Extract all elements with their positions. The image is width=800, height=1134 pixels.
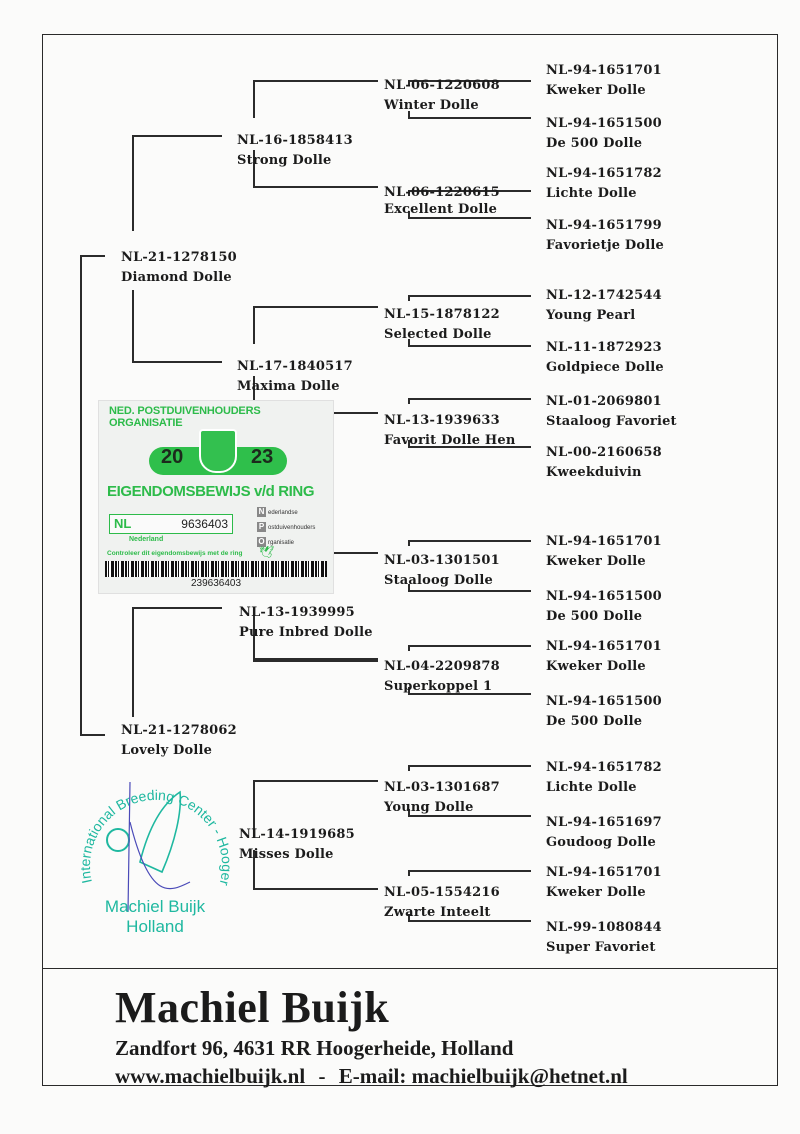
gen4-node: NL-99-1080844Super Favoriet [546,918,662,958]
connector-line [408,398,410,404]
connector-line [80,734,105,736]
gen4-node: NL-94-1651701Kweker Dolle [546,863,662,903]
npo-text: ederlandse [268,510,298,516]
ring-number: NL-94-1651701 [546,637,662,657]
breeding-center-stamp: International Breeding Center - Hoogerhe… [70,762,240,946]
ring-number: NL-03-1301687 [384,778,500,798]
ring-number: NL-94-1651701 [546,532,662,552]
ring-number: NL-04-2209878 [384,657,500,677]
website-link[interactable]: www.machielbuijk.nl [115,1064,305,1088]
card-ring-number: 9636403 [181,517,228,531]
connector-line [253,186,378,188]
card-check-text: Controleer dit eigendomsbewijs met de ri… [107,550,242,557]
gen4-node: NL-11-1872923Goldpiece Dolle [546,338,664,378]
gen4-node: NL-94-1651500De 500 Dolle [546,692,662,732]
gen4-node: NL-12-1742544Young Pearl [546,286,662,326]
connector-line [408,295,410,301]
gen4-node: NL-94-1651701Kweker Dolle [546,532,662,572]
connector-line [132,135,222,137]
gen2-node: NL-16-1858413 Strong Dolle [237,131,353,171]
gen4-node: NL-00-2160658Kweekduivin [546,443,662,483]
connector-line [408,765,410,771]
gen4-node: NL-94-1651500De 500 Dolle [546,587,662,627]
gen3-node: NL-06-1220608 Winter Dolle [384,76,500,116]
stamp-country: Holland [126,917,184,936]
card-country-label: Nederland [129,536,163,543]
pigeon-name: Favorit Dolle Hen [384,431,516,451]
ring-number: NL-94-1651701 [546,863,662,883]
connector-line [408,765,531,767]
connector-line [253,80,378,82]
npo-line: Postduivenhouders [257,522,315,532]
ring-number: NL-13-1939995 [239,603,373,623]
pigeon-name: Young Pearl [546,306,662,326]
connector-line [408,295,531,297]
pigeon-name: Lovely Dolle [121,741,237,761]
ring-number: NL-94-1651500 [546,692,662,712]
pigeon-name: De 500 Dolle [546,712,662,732]
separator: - [318,1064,325,1088]
dam-node: NL-21-1278062 Lovely Dolle [121,721,237,761]
breeder-name: Machiel Buijk [115,982,389,1033]
gen3-node: NL-03-1301501 Staaloog Dolle [384,551,500,591]
pigeon-name: Staaloog Dolle [384,571,500,591]
connector-line [253,780,255,818]
connector-line [132,607,222,609]
connector-line [408,345,531,347]
pigeon-name: Kweker Dolle [546,81,662,101]
pigeon-name: Staaloog Favoriet [546,412,677,432]
gen2-node: NL-14-1919685 Misses Dolle [239,825,355,865]
ring-number: NL-94-1651799 [546,216,664,236]
pigeon-name: Misses Dolle [239,845,355,865]
card-organisation: NED. POSTDUIVENHOUDERS ORGANISATIE [109,405,333,429]
pigeon-name: Favorietje Dolle [546,236,664,256]
pigeon-name: Kweker Dolle [546,552,662,572]
pigeon-name: Excellent Dolle [384,201,500,218]
ring-number: NL-16-1858413 [237,131,353,151]
ownership-certificate-card: NED. POSTDUIVENHOUDERS ORGANISATIE 20 23… [98,400,334,594]
pigeon-name: Zwarte Inteelt [384,903,500,923]
ring-number: NL-94-1651782 [546,758,662,778]
contact-line: www.machielbuijk.nl - E-mail: machielbui… [115,1064,628,1089]
ring-number: NL-21-1278062 [121,721,237,741]
ring-number: NL-94-1651500 [546,114,662,134]
connector-line [80,255,105,257]
pigeon-name: De 500 Dolle [546,134,662,154]
ring-number: NL-01-2069801 [546,392,677,412]
pigeon-name: Lichte Dolle [546,184,662,204]
pigeon-name: Super Favoriet [546,938,662,958]
ring-number: NL-13-1939633 [384,411,516,431]
connector-line [80,255,82,735]
connector-line [253,658,378,660]
gen3-node: NL-05-1554216 Zwarte Inteelt [384,883,500,923]
gen4-node: NL-01-2069801Staaloog Favoriet [546,392,677,432]
email-link[interactable]: E-mail: machielbuijk@hetnet.nl [339,1064,628,1088]
connector-line [253,660,378,662]
connector-line [132,361,222,363]
pigeon-name: Pure Inbred Dolle [239,623,373,643]
ring-number: NL-06-1220615 [384,184,500,201]
gen3-node: NL-15-1878122 Selected Dolle [384,305,500,345]
connector-line [253,780,378,782]
gen4-node: NL-94-1651701Kweker Dolle [546,61,662,101]
pigeon-name: Strong Dolle [237,151,353,171]
ring-number: NL-12-1742544 [546,286,662,306]
connector-line [408,645,531,647]
card-ring-box: NL 9636403 [109,514,233,534]
connector-line [408,117,531,119]
lion-shield-icon [199,429,237,473]
pigeon-name: Kweekduivin [546,463,662,483]
gen4-node: NL-94-1651782Lichte Dolle [546,758,662,798]
pigeon-name: Kweker Dolle [546,883,662,903]
dove-icon: 🕊 [259,545,274,559]
connector-line [132,607,134,717]
npo-letter: P [257,522,266,532]
pigeon-name: Kweker Dolle [546,657,662,677]
pigeon-name: Selected Dolle [384,325,500,345]
connector-line [253,888,378,890]
pigeon-name: Goudoog Dolle [546,833,662,853]
pigeon-name: Maxima Dolle [237,377,353,397]
pigeon-name: Winter Dolle [384,96,500,116]
ring-number: NL-94-1651782 [546,164,662,184]
ring-number: NL-21-1278150 [121,248,237,268]
ring-number: NL-99-1080844 [546,918,662,938]
connector-line [132,135,134,231]
gen2-node: NL-13-1939995 Pure Inbred Dolle [239,603,373,643]
barcode-number: 239636403 [99,578,333,589]
sire-node: NL-21-1278150 Diamond Dolle [121,248,237,288]
pigeon-name: De 500 Dolle [546,607,662,627]
ring-number: NL-11-1872923 [546,338,664,358]
breeder-address: Zandfort 96, 4631 RR Hoogerheide, Hollan… [115,1036,513,1061]
card-year-left: 20 [161,446,183,469]
connector-line [408,870,410,876]
connector-line [253,80,255,118]
connector-line [132,290,134,362]
ring-number: NL-17-1840517 [237,357,353,377]
pigeon-name: Diamond Dolle [121,268,237,288]
ring-number: NL-14-1919685 [239,825,355,845]
ring-number: NL-05-1554216 [384,883,500,903]
ring-number: NL-00-2160658 [546,443,662,463]
stamp-name: Machiel Buijk [105,897,206,916]
connector-line [253,306,255,344]
gen4-node: NL-94-1651701Kweker Dolle [546,637,662,677]
connector-line [253,306,378,308]
connector-line [408,645,410,651]
ring-number: NL-03-1301501 [384,551,500,571]
gen4-node: NL-94-1651697Goudoog Dolle [546,813,662,853]
gen3-node: NL-04-2209878 Superkoppel 1 [384,657,500,697]
pedigree-document: NL-21-1278150 Diamond Dolle NL-21-127806… [0,0,800,1134]
gen3-node: NL-06-1220615 Excellent Dolle [384,184,500,218]
footer-divider [42,968,778,969]
gen2-node: NL-17-1840517 Maxima Dolle [237,357,353,397]
ring-number: NL-94-1651697 [546,813,662,833]
npo-line: Nederlandse [257,507,298,517]
gen4-node: NL-94-1651782Lichte Dolle [546,164,662,204]
connector-line [408,870,531,872]
gen4-node: NL-94-1651799Favorietje Dolle [546,216,664,256]
ring-number: NL-94-1651701 [546,61,662,81]
connector-line [408,540,410,546]
card-country-code: NL [114,516,131,531]
barcode [105,561,327,577]
pigeon-name: Goldpiece Dolle [546,358,664,378]
connector-line [408,540,531,542]
ring-number: NL-94-1651500 [546,587,662,607]
pigeon-name: Superkoppel 1 [384,677,500,697]
ring-number: NL-15-1878122 [384,305,500,325]
npo-text: ostduivenhouders [268,525,315,531]
card-title: EIGENDOMSBEWIJS v/d RING [107,483,314,500]
gen3-node: NL-03-1301687 Young Dolle [384,778,500,818]
npo-letter: N [257,507,266,517]
eagle-head-icon [107,829,129,851]
pigeon-name: Lichte Dolle [546,778,662,798]
pigeon-name: Young Dolle [384,798,500,818]
gen4-node: NL-94-1651500De 500 Dolle [546,114,662,154]
ring-number: NL-06-1220608 [384,76,500,96]
connector-line [408,398,531,400]
gen3-node: NL-13-1939633 Favorit Dolle Hen [384,411,516,451]
card-year-right: 23 [251,446,273,469]
